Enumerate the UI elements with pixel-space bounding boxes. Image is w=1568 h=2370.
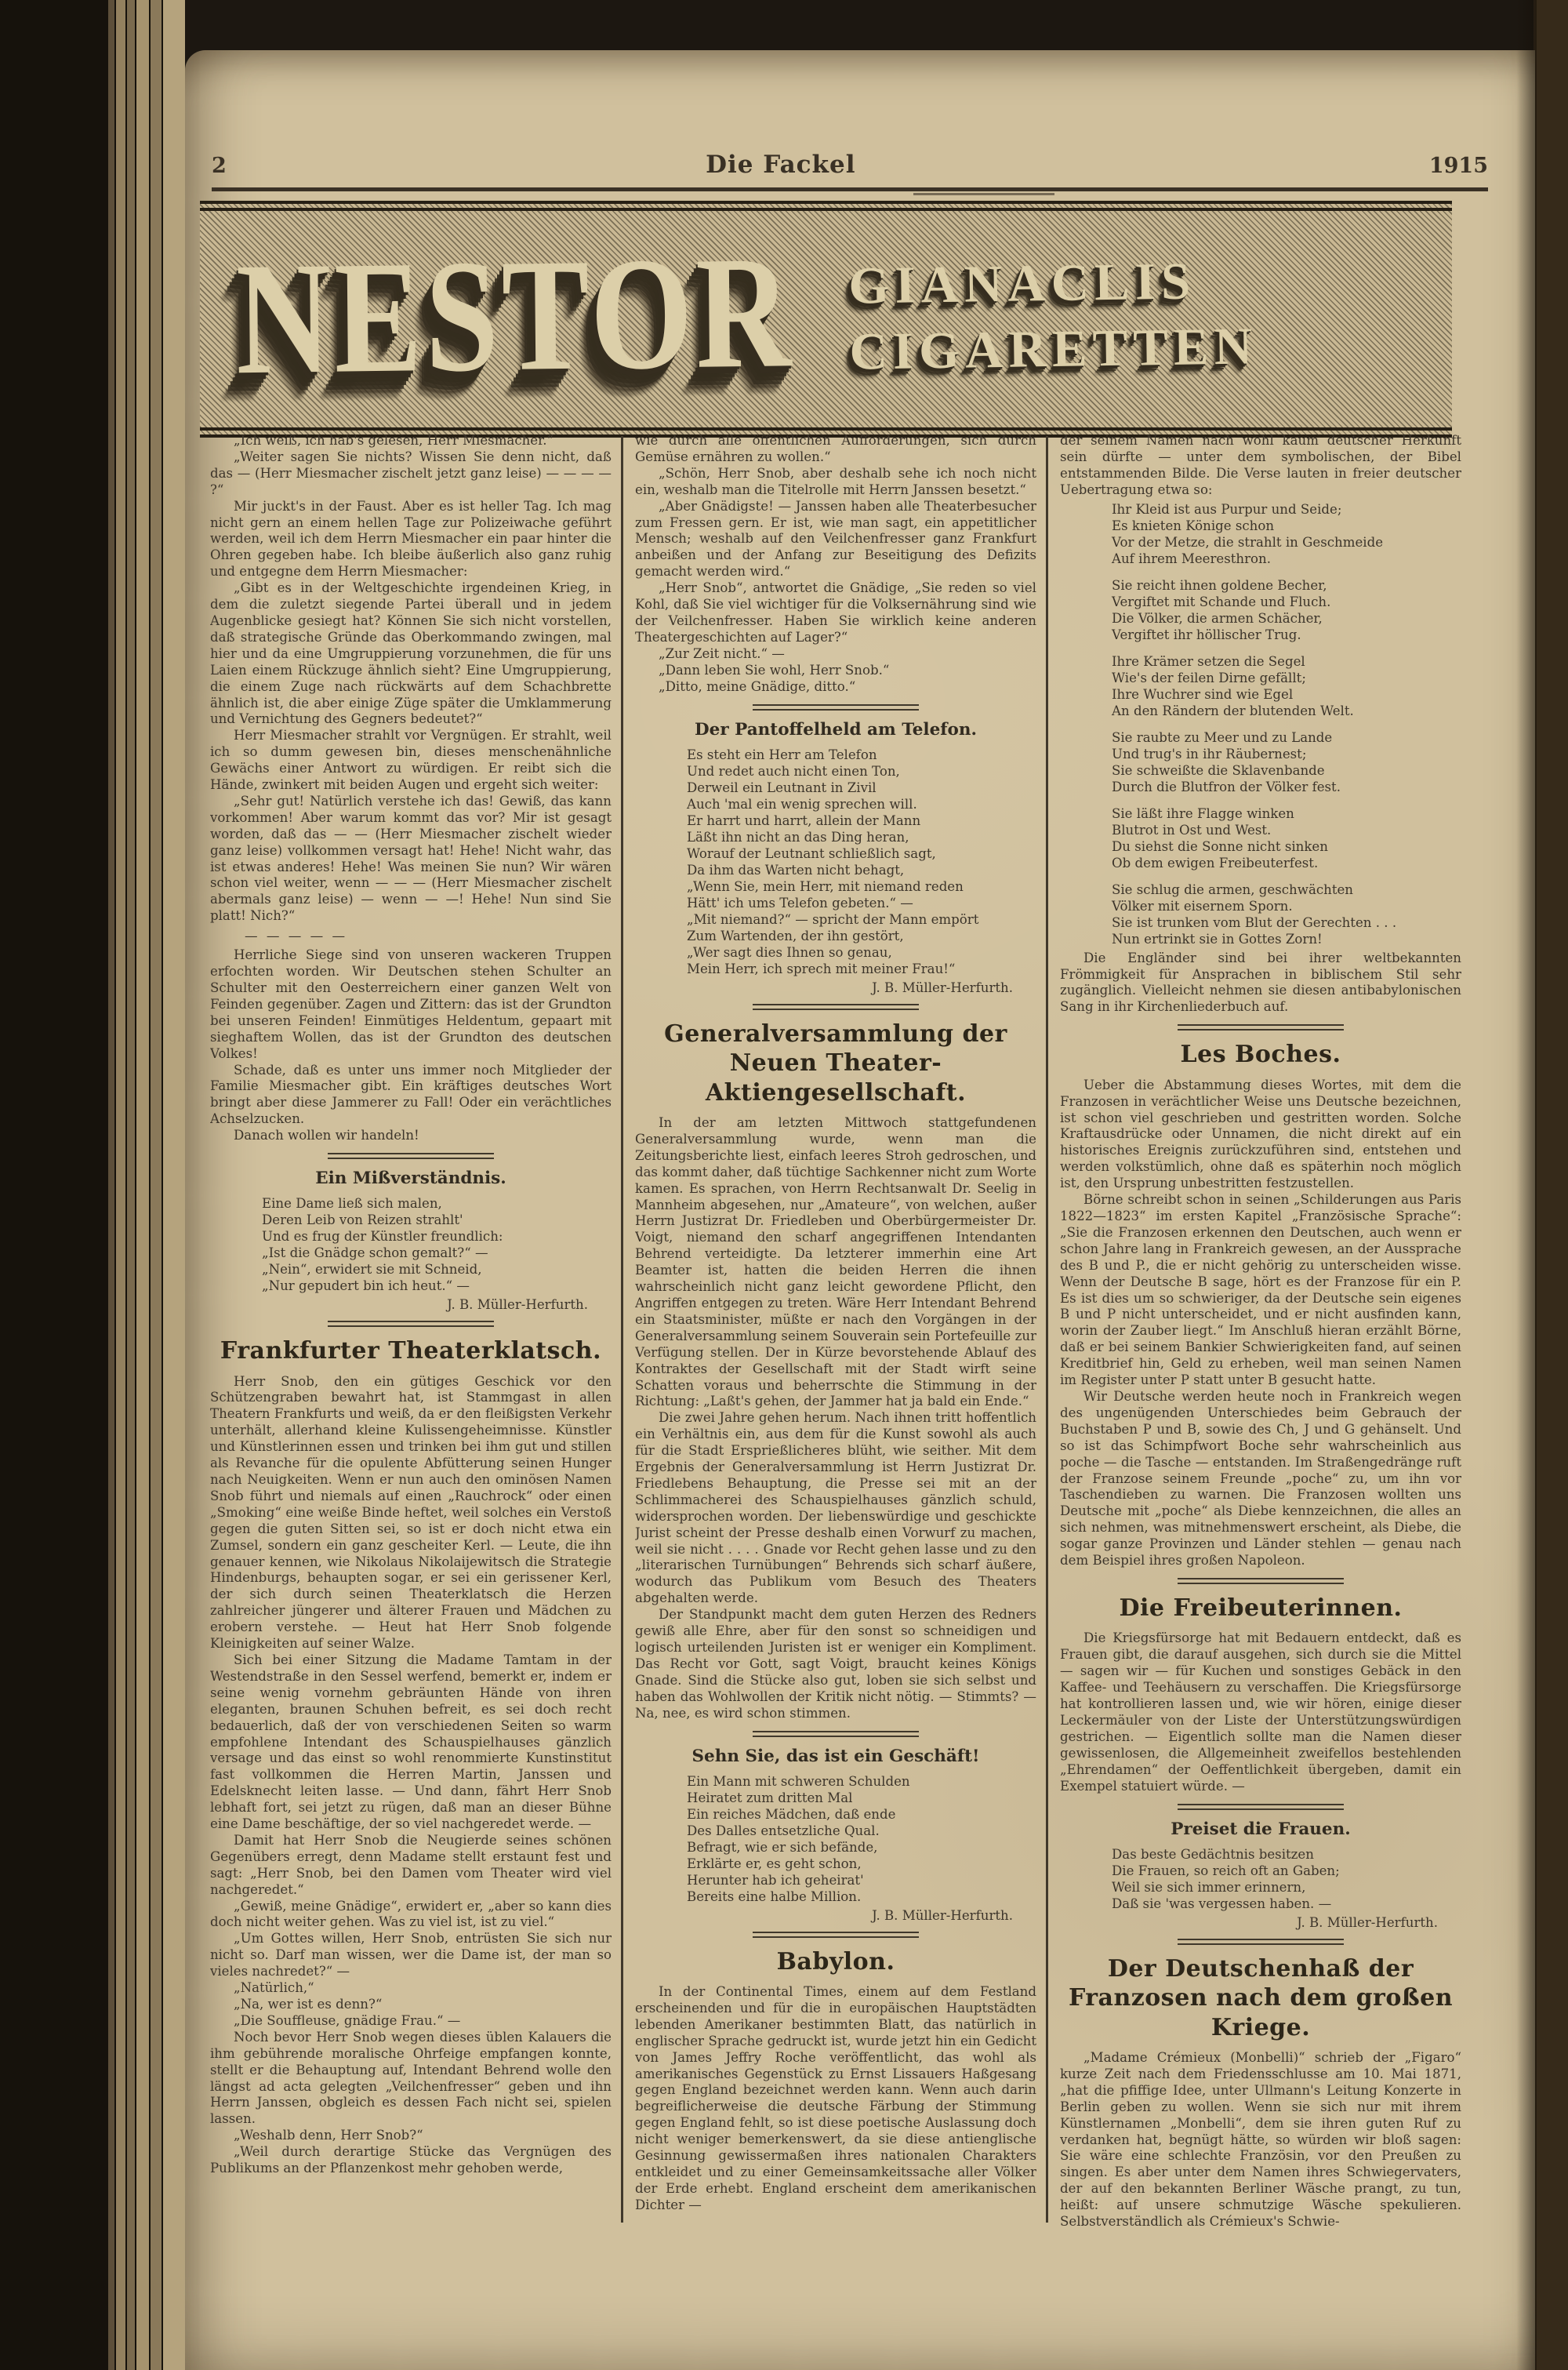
poem-line: „Ist die Gnädge schon gemalt?“ — bbox=[262, 1245, 612, 1261]
poem-line: Da ihm das Warten nicht behagt, bbox=[687, 862, 1036, 878]
paragraph: Schade, daß es unter uns immer noch Mitg… bbox=[210, 1063, 612, 1129]
poem: Eine Dame ließ sich malen,Deren Leib von… bbox=[262, 1195, 612, 1294]
paragraph: wie durch alle öffentlichen Aufforderung… bbox=[635, 433, 1036, 466]
poem-line: Wie's der feilen Dirne gefällt; bbox=[1112, 670, 1461, 686]
poem-line: Völker mit eisernem Sporn. bbox=[1112, 898, 1461, 914]
poem: Es steht ein Herr am TelefonUnd redet au… bbox=[687, 747, 1036, 977]
paragraph: In der am letzten Mittwoch stattgefunden… bbox=[635, 1115, 1036, 1410]
section-heading: Ein Mißverständnis. bbox=[210, 1169, 612, 1188]
poem-line: Und trug's in ihr Räubernest; bbox=[1112, 746, 1461, 762]
paragraph: „Aber Gnädigste! — Janssen haben alle Th… bbox=[635, 499, 1036, 581]
page-edge-strip bbox=[136, 0, 149, 2370]
poem-line: „Nein“, erwidert sie mit Schneid, bbox=[262, 1261, 612, 1278]
poem-line: Auf ihrem Meeresthron. bbox=[1112, 551, 1461, 567]
page-header: 2 Die Fackel 1915 bbox=[212, 151, 1488, 179]
poem-line: Mein Herr, ich sprech mit meiner Frau!“ bbox=[687, 961, 1036, 977]
poem-line: Eine Dame ließ sich malen, bbox=[262, 1195, 612, 1212]
poem: Das beste Gedächtnis besitzenDie Frauen,… bbox=[1112, 1846, 1461, 1912]
section-heading: Sehn Sie, das ist ein Geschäft! bbox=[635, 1747, 1036, 1766]
separator-rule bbox=[1178, 1939, 1344, 1945]
column-rule-right bbox=[1046, 436, 1048, 2223]
poem-line: Die Völker, die armen Schächer, bbox=[1112, 610, 1461, 627]
section-heading: Der Deutschenhaß der Franzosen nach dem … bbox=[1066, 1954, 1455, 2043]
author-signature: J. B. Müller-Herfurth. bbox=[210, 1297, 588, 1312]
separator-rule bbox=[753, 1932, 919, 1938]
poem-line: Und es frug der Künstler freundlich: bbox=[262, 1228, 612, 1245]
paragraph: Danach wollen wir handeln! bbox=[210, 1128, 612, 1144]
poem-line: Ihre Wuchrer sind wie Egel bbox=[1112, 686, 1461, 703]
poem-line: Vor der Metze, die strahlt in Geschmeide bbox=[1112, 534, 1461, 551]
magazine-photo: 2 Die Fackel 1915 NESTOR GIANACLIS CIGAR… bbox=[0, 0, 1568, 2370]
section-heading: Babylon. bbox=[641, 1947, 1030, 1977]
poem-line: Zum Wartenden, der ihn gestört, bbox=[687, 928, 1036, 944]
poem-line: Sie schweißte die Sklavenbande bbox=[1112, 762, 1461, 779]
paragraph: „Sehr gut! Natürlich verstehe ich das! G… bbox=[210, 794, 612, 925]
section-heading: Der Pantoffelheld am Telefon. bbox=[635, 720, 1036, 740]
poem-line: Sie raubte zu Meer und zu Lande bbox=[1112, 729, 1461, 746]
paragraph: „Na, wer ist es denn?“ bbox=[210, 1997, 612, 2013]
cover-shadow bbox=[1516, 0, 1537, 2370]
page-edge-strip bbox=[116, 0, 125, 2370]
poem-line: Erklärte er, es geht schon, bbox=[687, 1856, 1036, 1872]
paragraph: „Madame Crémieux (Monbelli)“ schrieb der… bbox=[1060, 2050, 1461, 2229]
paragraph: Herr Miesmacher strahlt vor Vergnügen. E… bbox=[210, 728, 612, 794]
ad-product-line1: GIANACLIS bbox=[848, 249, 1258, 320]
paragraph: „Weiter sagen Sie nichts? Wissen Sie den… bbox=[210, 449, 612, 499]
poem-line: Läßt ihn nicht an das Ding heran, bbox=[687, 829, 1036, 845]
author-signature: J. B. Müller-Herfurth. bbox=[1060, 1915, 1438, 1930]
paragraph: „Zur Zeit nicht.“ — bbox=[635, 646, 1036, 663]
separator-rule bbox=[1178, 1578, 1344, 1584]
ad-product-name: GIANACLIS CIGARETTEN bbox=[848, 249, 1258, 386]
poem-line: Und redet auch nicht einen Ton, bbox=[687, 763, 1036, 780]
paragraph: Wir Deutsche werden heute noch in Frankr… bbox=[1060, 1389, 1461, 1569]
column-rule-left bbox=[621, 436, 623, 2223]
poem-line: Blutrot in Ost und West. bbox=[1112, 822, 1461, 838]
separator-rule bbox=[328, 1153, 494, 1159]
paragraph: Ueber die Abstammung dieses Wortes, mit … bbox=[1060, 1078, 1461, 1192]
poem-line: „Wenn Sie, mein Herr, mit niemand reden bbox=[687, 878, 1036, 895]
paragraph: „Gewiß, meine Gnädige“, erwidert er, „ab… bbox=[210, 1899, 612, 1932]
poem-line: Du siehst die Sonne nicht sinken bbox=[1112, 838, 1461, 855]
poem-line: „Nur gepudert bin ich heut.“ — bbox=[262, 1278, 612, 1294]
poem-stanza: Sie läßt ihre Flagge winkenBlutrot in Os… bbox=[1112, 805, 1461, 871]
poem-line: Sie schlug die armen, geschwächten bbox=[1112, 881, 1461, 898]
poem-line: Sie läßt ihre Flagge winken bbox=[1112, 805, 1461, 822]
header-rule bbox=[212, 187, 1488, 191]
paragraph: Sich bei einer Sitzung die Madame Tamtam… bbox=[210, 1652, 612, 1833]
book-cover-edge bbox=[1534, 0, 1568, 2370]
poem-line: Hätt' ich ums Telefon gebeten.“ — bbox=[687, 895, 1036, 911]
column-3: der seinem Namen nach wohl kaum deutsche… bbox=[1060, 433, 1461, 2229]
author-signature: J. B. Müller-Herfurth. bbox=[635, 980, 1013, 995]
author-signature: J. B. Müller-Herfurth. bbox=[635, 1908, 1013, 1923]
ad-product-line2: CIGARETTEN bbox=[849, 314, 1258, 385]
separator-rule bbox=[753, 1004, 919, 1010]
poem-stanza: Ihre Krämer setzen die SegelWie's der fe… bbox=[1112, 653, 1461, 719]
paragraph: Die Kriegsfürsorge hat mit Bedauern entd… bbox=[1060, 1630, 1461, 1794]
paragraph: „Gibt es in der Weltgeschichte irgendein… bbox=[210, 580, 612, 728]
paragraph: „Ich weiß, ich hab's gelesen, Herr Miesm… bbox=[210, 433, 612, 449]
poem-line: Ob dem ewigen Freibeuterfest. bbox=[1112, 855, 1461, 871]
paragraph: Damit hat Herr Snob die Neugierde seines… bbox=[210, 1833, 612, 1899]
poem-line: Vergiftet mit Schande und Fluch. bbox=[1112, 594, 1461, 610]
page-number: 2 bbox=[212, 154, 227, 178]
poem-line: Nun ertrinkt sie in Gottes Zorn! bbox=[1112, 931, 1461, 947]
page-edge-strip bbox=[151, 0, 162, 2370]
poem-line: „Mit niemand?“ — spricht der Mann empört bbox=[687, 911, 1036, 928]
poem-line: Die Frauen, so reich oft an Gaben; bbox=[1112, 1863, 1461, 1879]
poem-stanza: Sie reicht ihnen goldene Becher,Vergifte… bbox=[1112, 577, 1461, 643]
poem-line: Ein reiches Mädchen, daß ende bbox=[687, 1806, 1036, 1823]
poem-line: Es knieten Könige schon bbox=[1112, 518, 1461, 534]
poem-line: An den Rändern der blutenden Welt. bbox=[1112, 703, 1461, 719]
paragraph: „Herr Snob“, antwortet die Gnädige, „Sie… bbox=[635, 580, 1036, 646]
poem-line: Sie reicht ihnen goldene Becher, bbox=[1112, 577, 1461, 594]
poem-line: Derweil ein Leutnant in Zivil bbox=[687, 780, 1036, 796]
section-heading: Frankfurter Theaterklatsch. bbox=[216, 1336, 605, 1366]
paragraph: Die Engländer sind bei ihrer weltbekannt… bbox=[1060, 951, 1461, 1016]
page-edge-strip bbox=[108, 0, 114, 2370]
poem-line: Auch 'mal ein wenig sprechen will. bbox=[687, 796, 1036, 812]
paragraph: „Natürlich,“ bbox=[210, 1980, 612, 1997]
section-heading: Generalversammlung der Neuen Theater-Akt… bbox=[641, 1020, 1030, 1108]
poem-line: Herunter hab ich geheirat' bbox=[687, 1872, 1036, 1888]
separator-rule bbox=[753, 704, 919, 711]
paragraph: „Schön, Herr Snob, aber deshalb sehe ich… bbox=[635, 466, 1036, 499]
poem: Ihr Kleid ist aus Purpur und Seide;Es kn… bbox=[1112, 501, 1461, 947]
paragraph: Herrliche Siege sind von unseren wackere… bbox=[210, 947, 612, 1062]
section-heading: Preiset die Frauen. bbox=[1060, 1819, 1461, 1839]
column-2: wie durch alle öffentlichen Aufforderung… bbox=[635, 433, 1036, 2229]
dash-separator: — — — — — bbox=[210, 928, 612, 944]
poem-stanza: Eine Dame ließ sich malen,Deren Leib von… bbox=[262, 1195, 612, 1294]
page-edge-strip bbox=[163, 0, 185, 2370]
paragraph: In der Continental Times, einem auf dem … bbox=[635, 1984, 1036, 2214]
poem-stanza: Sie raubte zu Meer und zu LandeUnd trug'… bbox=[1112, 729, 1461, 795]
poem-line: Ihre Krämer setzen die Segel bbox=[1112, 653, 1461, 670]
paragraph: Die zwei Jahre gehen herum. Nach ihnen t… bbox=[635, 1410, 1036, 1607]
magazine-page: 2 Die Fackel 1915 NESTOR GIANACLIS CIGAR… bbox=[185, 50, 1535, 2370]
paragraph: Mir juckt's in der Faust. Aber es ist he… bbox=[210, 499, 612, 581]
page-edge-strip bbox=[127, 0, 135, 2370]
separator-rule bbox=[328, 1321, 494, 1327]
book-page-edges bbox=[0, 0, 185, 2370]
poem-line: Befragt, wie er sich befände, bbox=[687, 1839, 1036, 1856]
poem-line: Es steht ein Herr am Telefon bbox=[687, 747, 1036, 763]
poem-line: Bereits eine halbe Million. bbox=[687, 1888, 1036, 1905]
separator-rule bbox=[1178, 1024, 1344, 1031]
paragraph: „Dann leben Sie wohl, Herr Snob.“ bbox=[635, 663, 1036, 679]
section-heading: Die Freibeuterinnen. bbox=[1066, 1594, 1455, 1623]
poem-line: Er harrt und harrt, allein der Mann bbox=[687, 812, 1036, 829]
columns: „Ich weiß, ich hab's gelesen, Herr Miesm… bbox=[210, 433, 1461, 2229]
poem-line: Daß sie 'was vergessen haben. — bbox=[1112, 1896, 1461, 1912]
paragraph: „Die Souffleuse, gnädige Frau.“ — bbox=[210, 2013, 612, 2030]
paragraph: Der Standpunkt macht dem guten Herzen de… bbox=[635, 1607, 1036, 1721]
poem-line: Des Dalles entsetzliche Qual. bbox=[687, 1823, 1036, 1839]
poem-stanza: Ein Mann mit schweren SchuldenHeiratet z… bbox=[687, 1773, 1036, 1905]
paragraph: „Weil durch derartige Stücke das Vergnüg… bbox=[210, 2144, 612, 2177]
cigarette-ad: NESTOR GIANACLIS CIGARETTEN bbox=[200, 201, 1452, 438]
poem-line: Heiratet zum dritten Mal bbox=[687, 1790, 1036, 1806]
poem-line: Durch die Blutfron der Völker fest. bbox=[1112, 779, 1461, 795]
section-heading: Les Boches. bbox=[1066, 1040, 1455, 1070]
poem-line: Vergiftet ihr höllischer Trug. bbox=[1112, 627, 1461, 643]
poem-stanza: Sie schlug die armen, geschwächtenVölker… bbox=[1112, 881, 1461, 947]
paragraph: Noch bevor Herr Snob wegen dieses üblen … bbox=[210, 2030, 612, 2128]
separator-rule bbox=[753, 1731, 919, 1737]
paragraph: „Um Gottes willen, Herr Snob, entrüsten … bbox=[210, 1931, 612, 1980]
poem-line: Sie ist trunken vom Blut der Gerechten .… bbox=[1112, 914, 1461, 931]
poem-stanza: Das beste Gedächtnis besitzenDie Frauen,… bbox=[1112, 1846, 1461, 1912]
column-1: „Ich weiß, ich hab's gelesen, Herr Miesm… bbox=[210, 433, 612, 2229]
paragraph: der seinem Namen nach wohl kaum deutsche… bbox=[1060, 433, 1461, 499]
paragraph: „Weshalb denn, Herr Snob?“ bbox=[210, 2128, 612, 2144]
poem-stanza: Ihr Kleid ist aus Purpur und Seide;Es kn… bbox=[1112, 501, 1461, 567]
paragraph: Herr Snob, den ein gütiges Geschick vor … bbox=[210, 1374, 612, 1652]
journal-title: Die Fackel bbox=[706, 151, 855, 179]
poem-line: Ihr Kleid ist aus Purpur und Seide; bbox=[1112, 501, 1461, 518]
poem-line: Das beste Gedächtnis besitzen bbox=[1112, 1846, 1461, 1863]
poem: Ein Mann mit schweren SchuldenHeiratet z… bbox=[687, 1773, 1036, 1905]
cigarette-ad-inner: NESTOR GIANACLIS CIGARETTEN bbox=[200, 211, 1452, 427]
poem-line: Worauf der Leutnant schließlich sagt, bbox=[687, 845, 1036, 862]
poem-line: Weil sie sich immer erinnern, bbox=[1112, 1879, 1461, 1896]
poem-line: Ein Mann mit schweren Schulden bbox=[687, 1773, 1036, 1790]
paragraph: „Ditto, meine Gnädige, ditto.“ bbox=[635, 679, 1036, 696]
poem-stanza: Es steht ein Herr am TelefonUnd redet au… bbox=[687, 747, 1036, 977]
poem-line: „Wer sagt dies Ihnen so genau, bbox=[687, 944, 1036, 961]
poem-line: Deren Leib von Reizen strahlt' bbox=[262, 1212, 612, 1228]
separator-rule bbox=[1178, 1804, 1344, 1810]
ad-brand-nestor: NESTOR bbox=[235, 231, 795, 399]
year-label: 1915 bbox=[1429, 154, 1488, 178]
paragraph: Börne schreibt schon in seinen „Schilder… bbox=[1060, 1192, 1461, 1389]
